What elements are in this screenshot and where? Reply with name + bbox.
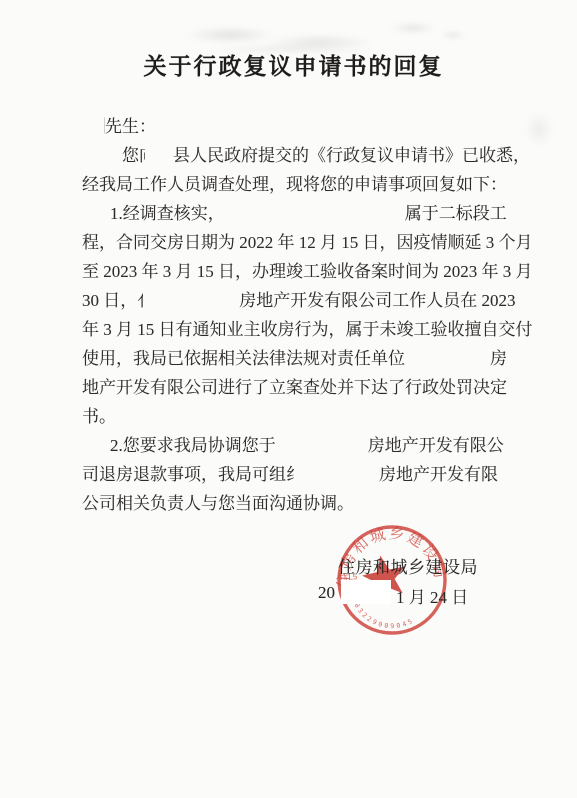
text-segment: 1.经调查核实， <box>110 204 225 223</box>
text-line: 您向县人民政府提交的《行政复议申请书》已收悉， <box>82 141 522 170</box>
text-line: 书。 <box>82 402 522 431</box>
text-segment: 年 3 月 15 日有通知业主收房行为，属于未竣工验收擅自交付 <box>82 320 533 339</box>
text-line: 地产开发有限公司进行了立案查处并下达了行政处罚决定 <box>82 373 522 402</box>
partial-character: 纟 <box>286 460 294 489</box>
text-segment: 房地产开发有限公司工作人员在 2023 <box>239 291 515 310</box>
document-body: 卜先生：您向县人民政府提交的《行政复议申请书》已收悉，经我局工作人员调查处理，现… <box>82 112 522 518</box>
text-line: 经我局工作人员调查处理，现将您的申请事项回复如下： <box>82 170 522 199</box>
text-segment: 至 2023 年 3 月 15 日，办理竣工验收备案时间为 2023 年 3 月 <box>82 262 533 281</box>
text-segment: 县人民政府提交的《行政复议申请书》已收悉， <box>173 146 530 165</box>
text-segment: 先生： <box>105 117 156 136</box>
redaction-gap <box>143 304 239 306</box>
signature-agency: 住房和城乡建设局 <box>338 553 478 578</box>
scan-smudge <box>390 22 436 34</box>
seal-graphic: 住房和城乡建设局 03229009045 TTL5 <box>335 524 450 633</box>
text-line: 使用，我局已依据相关法律法规对责任单位房 <box>82 344 522 373</box>
text-line: 公司相关负责人与您当面沟通协调。 <box>82 489 522 518</box>
date-redaction-box <box>341 580 391 604</box>
text-segment: 书。 <box>82 407 116 426</box>
signature-date-prefix: 20 <box>318 583 335 603</box>
text-segment: 房地产开发有限公 <box>368 436 504 455</box>
partial-character: 亻 <box>137 286 143 315</box>
text-line: 30 日，亻房地产开发有限公司工作人员在 2023 <box>82 286 522 315</box>
redaction-gap <box>145 159 173 161</box>
text-line: 至 2023 年 3 月 15 日，办理竣工验收备案时间为 2023 年 3 月 <box>82 257 522 286</box>
document-title: 关于行政复议申请书的回复 <box>0 48 577 81</box>
redaction-gap <box>405 362 490 364</box>
text-segment: 程，合同交房日期为 2022 年 12 月 15 日，因疫情顺延 3 个月 <box>82 233 533 252</box>
scan-smudge <box>440 30 466 40</box>
text-segment: 司退房退款事项，我局可组 <box>82 465 286 484</box>
redaction-gap <box>276 449 368 451</box>
text-segment: 您 <box>122 146 139 165</box>
text-line: 卜先生： <box>82 112 522 141</box>
scan-smudge <box>185 26 275 44</box>
text-segment: 房 <box>490 349 507 368</box>
text-line: 1.经调查核实，属于二标段工 <box>82 199 522 228</box>
partial-character: 向 <box>139 141 145 170</box>
text-line: 司退房退款事项，我局可组纟房地产开发有限 <box>82 460 522 489</box>
text-line: 2.您要求我局协调您于房地产开发有限公 <box>82 431 522 460</box>
text-segment: 公司相关负责人与您当面沟通协调。 <box>82 494 354 513</box>
text-segment: 房地产开发有限 <box>379 465 498 484</box>
text-segment: 经我局工作人员调查处理，现将您的申请事项回复如下： <box>82 175 507 194</box>
text-line: 年 3 月 15 日有通知业主收房行为，属于未竣工验收擅自交付 <box>82 315 522 344</box>
redaction-gap <box>225 217 405 219</box>
text-segment: 地产开发有限公司进行了立案查处并下达了行政处罚决定 <box>82 378 507 397</box>
text-line: 程，合同交房日期为 2022 年 12 月 15 日，因疫情顺延 3 个月 <box>82 228 522 257</box>
scanned-document-page: 关于行政复议申请书的回复 卜先生：您向县人民政府提交的《行政复议申请书》已收悉，… <box>0 0 577 798</box>
signature-date-suffix: 1 月 24 日 <box>396 583 468 608</box>
redaction-gap <box>294 478 379 480</box>
partial-character: 卜 <box>98 112 105 141</box>
text-segment: 30 日， <box>82 291 137 310</box>
text-segment: 属于二标段工 <box>405 204 507 223</box>
text-segment: 2.您要求我局协调您于 <box>110 436 276 455</box>
text-segment: 使用，我局已依据相关法律法规对责任单位 <box>82 349 405 368</box>
